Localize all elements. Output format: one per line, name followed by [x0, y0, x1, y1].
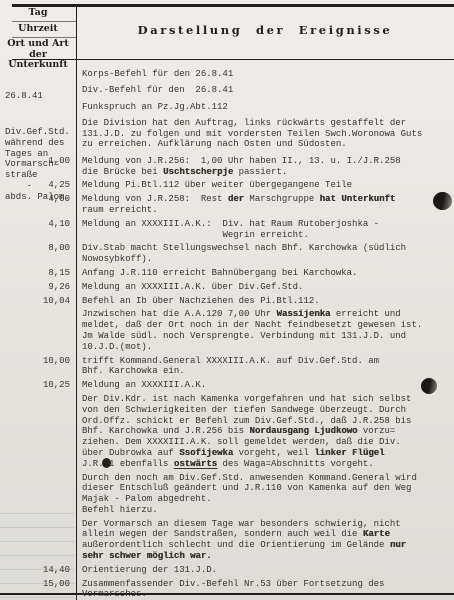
war-diary-page: Tag Uhrzeit Ort und Art der Unterkunft D…	[0, 0, 454, 600]
text-segment: vorgeht, weil	[233, 448, 314, 458]
emphasized-text: linker Flügel	[314, 448, 384, 458]
emphasized-text: sehr schwer möglich war.	[82, 551, 212, 561]
entry-time: 9,26	[0, 282, 74, 293]
entry-time: 8,00	[0, 243, 74, 265]
diary-entry: 9,26Meldung an XXXXIII.A.K. über Div.Gef…	[0, 282, 452, 293]
emphasized-text: Wassijenka	[276, 309, 330, 319]
diary-entry: 8,00Div.Stab macht Stellungswechsel nach…	[0, 243, 452, 265]
text-segment: passiert.	[233, 167, 287, 177]
diary-entry: Der Div.Kdr. ist nach Kamenka vorgefahre…	[0, 394, 452, 470]
entry-text: Funkspruch an Pz.Jg.Abt.112	[82, 102, 452, 113]
text-segment: Der Vormarsch an diesem Tage war besonde…	[82, 519, 401, 540]
header-tag-label: Tag	[0, 8, 76, 19]
entry-text: Die Division hat den Auftrag, links rück…	[82, 118, 452, 150]
diary-entry: 10,25Meldung an XXXXIII.A.K.	[0, 380, 452, 391]
text-segment: trifft Kommand.General XXXXIII.A.K. auf …	[82, 356, 379, 377]
diary-entry: 8,15Anfang J.R.110 erreicht Bahnübergang…	[0, 268, 452, 279]
page-title: Darstellung der Ereignisse	[76, 25, 454, 36]
text-segment: Meldung an XXXXIII.A.K.: Div. hat Raum R…	[82, 219, 379, 240]
text-segment: Die Division hat den Auftrag, links rück…	[82, 118, 422, 150]
emphasized-text: Uschtscherpje	[163, 167, 233, 177]
entry-time: 1,00	[0, 156, 74, 178]
text-segment: Durch den noch am Div.Gef.Std. anwesende…	[82, 473, 417, 515]
page-bottom-rule	[0, 593, 454, 595]
diary-entry: 1,00Meldung von J.R.256: 1,00 Uhr haben …	[0, 156, 452, 178]
entry-time: 10,25	[0, 380, 74, 391]
entry-text: trifft Kommand.General XXXXIII.A.K. auf …	[82, 356, 452, 378]
entry-text: Befehl an Ib über Nachziehen des Pi.Btl.…	[82, 296, 452, 307]
text-segment: Anfang J.R.110 erreicht Bahnübergang bei…	[82, 268, 357, 278]
text-segment: Marschgruppe	[244, 194, 320, 204]
entry-time: 8,15	[0, 268, 74, 279]
entry-time: 10,04	[0, 296, 74, 307]
entry-text: Der Vormarsch an diesem Tage war besonde…	[82, 519, 452, 562]
entry-time: 10,00	[0, 356, 74, 378]
diary-entry: Div.-Befehl für den 26.8.41	[0, 85, 452, 96]
entry-text: Korps-Befehl für den 26.8.41	[82, 69, 452, 80]
entry-time	[0, 85, 74, 96]
entry-text: Div.Stab macht Stellungswechsel nach Bhf…	[82, 243, 452, 265]
entry-text: Orientierung der 131.J.D.	[82, 565, 452, 576]
text-segment: Div.Stab macht Stellungswechsel nach Bhf…	[82, 243, 406, 264]
entry-text: Zusammenfassender Div.-Befehl Nr.53 über…	[82, 579, 452, 600]
emphasized-text: Karte	[363, 529, 390, 539]
entry-text: Meldung an XXXXIII.A.K.	[82, 380, 452, 391]
text-segment: Korps-Befehl für den 26.8.41	[82, 69, 233, 79]
faint-margin-ruling	[0, 500, 75, 600]
text-segment: Meldung an XXXXIII.A.K.	[82, 380, 206, 390]
table-top-rule	[12, 4, 454, 7]
entry-text: Meldung Pi.Btl.112 über weiter übergegan…	[82, 180, 452, 191]
text-segment: Jnzwischen hat die A.A.120 7,00 Uhr	[82, 309, 276, 319]
text-segment: Meldung an XXXXIII.A.K. über Div.Gef.Std…	[82, 282, 303, 292]
diary-entry: Korps-Befehl für den 26.8.41	[0, 69, 452, 80]
entry-time	[0, 309, 74, 352]
entry-time	[0, 394, 74, 470]
emphasized-text: Nordausgang Ljudkowo	[249, 426, 357, 436]
diary-entry: 4,10Meldung an XXXXIII.A.K.: Div. hat Ra…	[0, 219, 452, 241]
text-segment: Meldung Pi.Btl.112 über weiter übergegan…	[82, 180, 352, 190]
entry-text: Meldung von J.R.256: 1,00 Uhr haben II.,…	[82, 156, 452, 178]
header-bottom-rule	[12, 59, 454, 60]
entry-time	[0, 118, 74, 150]
entry-text: Meldung an XXXXIII.A.K.: Div. hat Raum R…	[82, 219, 452, 241]
text-segment: 1 ebenfalls	[109, 459, 174, 469]
entry-text: Anfang J.R.110 erreicht Bahnübergang bei…	[82, 268, 452, 279]
diary-entry: 10,00trifft Kommand.General XXXXIII.A.K.…	[0, 356, 452, 378]
emphasized-text: der	[228, 194, 244, 204]
emphasized-text: ostwärts	[174, 459, 217, 469]
header-separator-tag	[12, 21, 76, 22]
text-segment: Div.-Befehl für den 26.8.41	[82, 85, 233, 95]
emphasized-text: hat Unterkunft	[320, 194, 396, 204]
text-segment: des Waga=Abschnitts vorgeht.	[217, 459, 374, 469]
diary-entry: 4,00Meldung von J.R.258: Rest der Marsch…	[0, 194, 452, 216]
header-uhrzeit-label: Uhrzeit	[0, 24, 76, 35]
diary-entry: Funkspruch an Pz.Jg.Abt.112	[0, 102, 452, 113]
entry-text: Durch den noch am Div.Gef.Std. anwesende…	[82, 473, 452, 516]
diary-entry: 10,04Befehl an Ib über Nachziehen des Pi…	[0, 296, 452, 307]
diary-entry: Jnzwischen hat die A.A.120 7,00 Uhr Wass…	[0, 309, 452, 352]
punch-hole-mark	[433, 192, 452, 210]
text-segment: Funkspruch an Pz.Jg.Abt.112	[82, 102, 228, 112]
entry-text: Meldung von J.R.258: Rest der Marschgrup…	[82, 194, 452, 216]
emphasized-text: Ssofijewka	[179, 448, 233, 458]
diary-entry: Die Division hat den Auftrag, links rück…	[0, 118, 452, 150]
entry-time: 4,25	[0, 180, 74, 191]
entry-time: 4,00	[0, 194, 74, 216]
text-segment: Zusammenfassender Div.-Befehl Nr.53 über…	[82, 579, 384, 600]
header-ort-label: Ort und Art der Unterkunft	[0, 39, 76, 71]
text-segment: Orientierung der 131.J.D.	[82, 565, 217, 575]
entry-text: Meldung an XXXXIII.A.K. über Div.Gef.Std…	[82, 282, 452, 293]
diary-entry: 4,25Meldung Pi.Btl.112 über weiter überg…	[0, 180, 452, 191]
text-segment: Befehl an Ib über Nachziehen des Pi.Btl.…	[82, 296, 320, 306]
entry-time	[0, 69, 74, 80]
entry-text: Div.-Befehl für den 26.8.41	[82, 85, 452, 96]
ink-blot: 8	[104, 459, 109, 469]
entry-text: Jnzwischen hat die A.A.120 7,00 Uhr Wass…	[82, 309, 452, 352]
entry-text: Der Div.Kdr. ist nach Kamenka vorgefahre…	[82, 394, 452, 470]
text-segment: außerordentlich schlecht und die Orienti…	[82, 540, 390, 550]
text-segment: J.R.	[82, 459, 104, 469]
text-segment: Meldung von J.R.258: Rest	[82, 194, 228, 204]
entry-time	[0, 102, 74, 113]
punch-hole-mark	[421, 378, 437, 394]
entry-time: 4,10	[0, 219, 74, 241]
emphasized-text: nur	[390, 540, 406, 550]
text-segment: raum erreicht.	[82, 205, 158, 215]
